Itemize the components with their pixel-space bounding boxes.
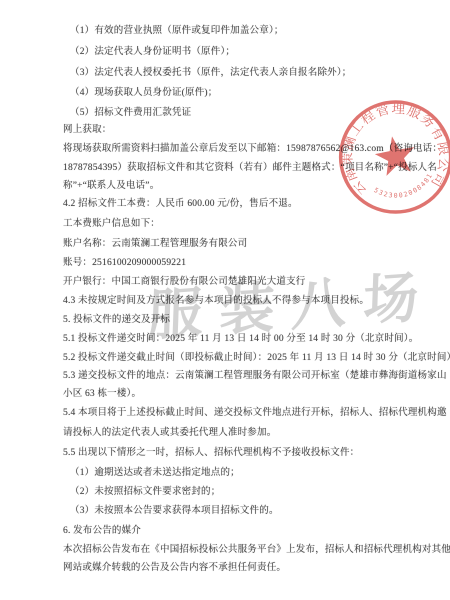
doc-line: 5.2 投标文件递交截止时间（即投标截止时间）：2025 年 11 月 13 日…	[63, 352, 450, 364]
doc-line: 称”+“联系人及电话”。	[63, 180, 159, 192]
seal-star-icon	[372, 133, 418, 177]
doc-line: 账号：2516100209000059221	[63, 257, 186, 269]
doc-line: （2）未按照招标文件要求密封的；	[70, 486, 220, 498]
doc-line: 网站或媒介转载的公告及公告内容不承担任何责任。	[63, 562, 286, 574]
doc-line: （1）逾期送达或者未送达指定地点的；	[70, 467, 240, 479]
doc-line: 小区 63 栋一楼）。	[63, 388, 141, 400]
seal-company-name: 云南策澜工程管理服务有限公司	[329, 92, 450, 208]
doc-section-heading: 6. 发布公告的媒介	[63, 525, 141, 537]
company-seal-stamp: 云南策澜工程管理服务有限公司 5323002008481	[321, 84, 450, 235]
seal-serial-number: 5323002008481	[371, 170, 438, 204]
doc-line: （2）法定代表人身份证明书（原件）；	[70, 46, 235, 58]
doc-line: 请投标人的法定代表人或其委托代理人准时参加。	[63, 427, 276, 439]
doc-line: （3）未按照本公告要求获得本项目招标文件的。	[70, 505, 279, 517]
doc-line: （5）招标文件费用汇款凭证	[70, 107, 191, 119]
doc-line: 网上获取：	[63, 124, 112, 136]
doc-line: 5.4 本项目将于上述投标截止时间、递交投标文件地点进行开标，招标人、招标代理机…	[63, 407, 447, 419]
doc-line: （3）法定代表人授权委托书（原件，法定代表人亲自报名除外）；	[70, 67, 352, 79]
doc-line: 4.2 招标文件工本费：人民币 600.00 元/份，售后不退。	[63, 198, 298, 210]
doc-line: （4）现场获取人员身份证(原件)；	[70, 87, 217, 99]
doc-line: 本次招标公告发布在《中国招标投标公共服务平台》上发布，招标人和招标代理机构对其他	[63, 544, 450, 556]
scanned-document-page: （1）有效的营业执照（原件或复印件加盖公章）； （2）法定代表人身份证明书（原件…	[0, 0, 450, 600]
doc-line: 账户名称：云南策澜工程管理服务有限公司	[63, 238, 247, 250]
doc-line: 工本费账户信息如下：	[63, 218, 160, 230]
doc-line: （1）有效的营业执照（原件或复印件加盖公章）；	[70, 25, 284, 37]
doc-line: 5.3 递交投标文件的地点：云南策澜工程管理服务有限公司开标室（楚雄市彝海街道杨…	[63, 370, 447, 382]
doc-line: 5.5 出现以下情形之一时，招标人、招标代理机构不予接收投标文件：	[63, 447, 359, 459]
